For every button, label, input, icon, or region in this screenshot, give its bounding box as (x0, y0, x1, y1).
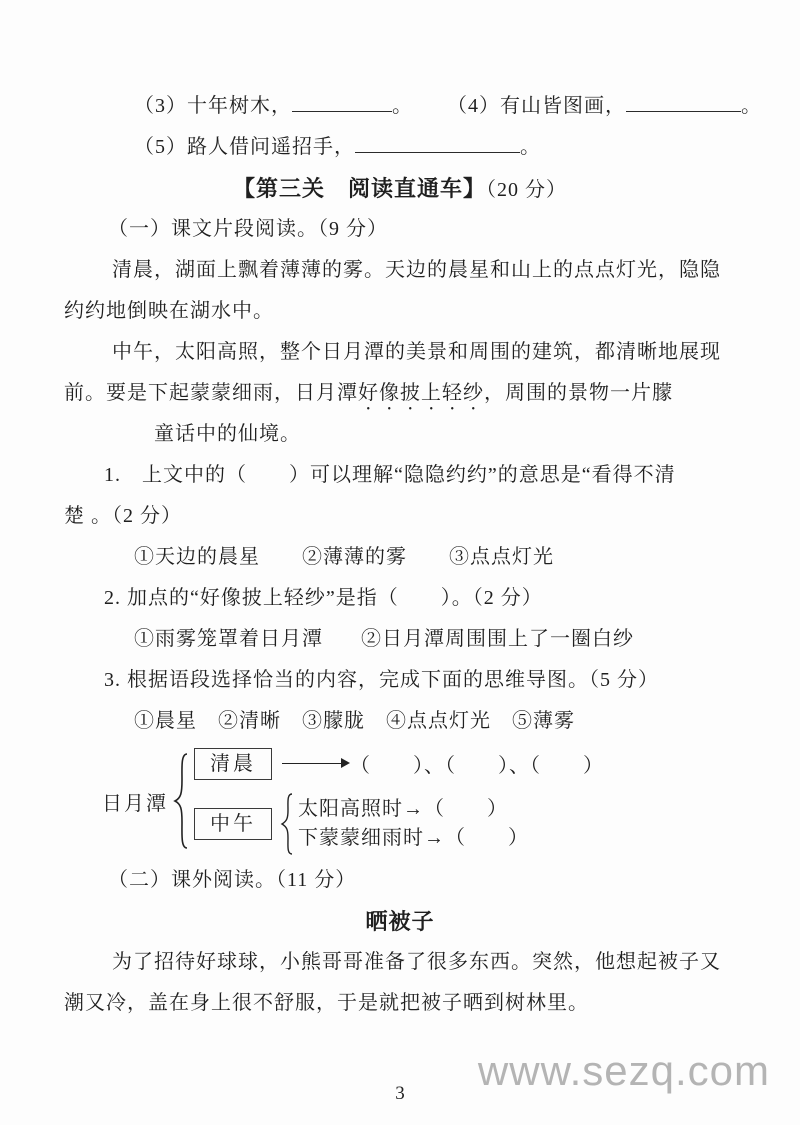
right-arrow-icon (282, 763, 342, 765)
passage-line: 清晨，湖面上飘着薄薄的雾。天边的晨星和山上的点点灯光，隐隐 (112, 250, 736, 291)
morning-answer-slots: （ ）、（ ）、（ ） (350, 749, 604, 778)
fill-item-5-label: （5）路人借问遥招手， (134, 136, 355, 158)
question-1-line-2: 楚 。（2 分） (64, 496, 736, 537)
noon-sub-lines: 太阳高照时→（ ） 下蒙蒙细雨时→（ ） (298, 795, 529, 853)
passage-line: 约约地倒映在湖水中。 (64, 291, 736, 332)
answer-blank-3 (292, 109, 392, 112)
mindmap-branches: 清晨 （ ）、（ ）、（ ） 中午 太阳高照时→（ ） 下蒙蒙细雨时→（ ） (194, 748, 604, 855)
passage-line-with-emphasis: 前。要是下起蒙蒙细雨，日月潭好像披上轻纱，周围的景物一片朦 (64, 373, 736, 414)
question-2-option-1: ①雨雾笼罩着日月潭 (134, 628, 323, 650)
emphasized-phrase: 好像披上轻纱 (358, 382, 484, 404)
question-1-line-1: 1. 上文中的（ ）可以理解“隐隐约约”的意思是“看得不清 (104, 455, 736, 496)
watermark: www.sezq.com (478, 1050, 770, 1092)
passage-text: 前。要是下起蒙蒙细雨，日月潭 (64, 382, 358, 404)
question-3-word-bank: ①晨星 ②清晰 ③朦胧 ④点点灯光 ⑤薄雾 (134, 701, 736, 742)
answer-blank-5 (355, 150, 520, 153)
left-brace-small (280, 793, 294, 855)
story-title: 晒被子 (64, 901, 736, 942)
fill-item-3-label: （3）十年树木， (134, 95, 292, 117)
fill-item-4-label: （4）有山皆图画， (447, 95, 626, 117)
question-3: 3. 根据语段选择恰当的内容，完成下面的思维导图。（5 分） (104, 660, 736, 701)
question-1-options: ①天边的晨星 ②薄薄的雾 ③点点灯光 (134, 537, 736, 578)
period: 。 (741, 95, 762, 117)
noon-box: 中午 (194, 808, 272, 840)
question-2-options: ①雨雾笼罩着日月潭②日月潭周围围上了一圈白纱 (134, 619, 736, 660)
noon-drizzle-line: 下蒙蒙细雨时→（ ） (298, 824, 529, 853)
passage-line: 中午，太阳高照，整个日月潭的美景和周围的建筑，都清晰地展现 (112, 332, 736, 373)
story-line: 潮又冷，盖在身上很不舒服，于是就把被子晒到树林里。 (64, 983, 736, 1024)
period: 。 (520, 136, 541, 158)
mindmap-root-label: 日月潭 (102, 787, 168, 816)
fill-in-line-3-4: （3）十年树木，。（4）有山皆图画，。 (134, 86, 736, 127)
noon-sunny-line: 太阳高照时→（ ） (298, 795, 529, 824)
section-heading: 【第三关 阅读直通车】（20 分） (64, 168, 736, 209)
left-brace-large (172, 752, 190, 850)
question-2: 2. 加点的“好像披上轻纱”是指（ ）。（2 分） (104, 578, 736, 619)
answer-blank-4 (626, 109, 741, 112)
fill-in-line-5: （5）路人借问遥招手，。 (134, 127, 736, 168)
morning-box: 清晨 (194, 748, 272, 780)
section-heading-score: （20 分） (486, 179, 567, 201)
period: 。 (392, 95, 413, 117)
reading2-title: （二）课外阅读。（11 分） (108, 860, 736, 901)
reading1-title: （一）课文片段阅读。（9 分） (108, 209, 736, 250)
question-2-option-2: ②日月潭周围围上了一圈白纱 (361, 628, 634, 650)
passage-line: 童话中的仙境。 (154, 414, 736, 455)
morning-branch: 清晨 （ ）、（ ）、（ ） (194, 748, 604, 780)
passage-text: ，周围的景物一片朦 (484, 382, 673, 404)
mindmap-diagram: 日月潭 清晨 （ ）、（ ）、（ ） 中午 太阳高照时→（ ） 下蒙蒙细雨时→（… (102, 742, 736, 860)
worksheet-page: （3）十年树木，。（4）有山皆图画，。 （5）路人借问遥招手，。 【第三关 阅读… (0, 0, 800, 1125)
story-line: 为了招待好球球，小熊哥哥准备了很多东西。突然，他想起被子又 (112, 942, 736, 983)
section-heading-title: 【第三关 阅读直通车】 (233, 176, 486, 201)
noon-branch: 中午 太阳高照时→（ ） 下蒙蒙细雨时→（ ） (194, 793, 604, 855)
